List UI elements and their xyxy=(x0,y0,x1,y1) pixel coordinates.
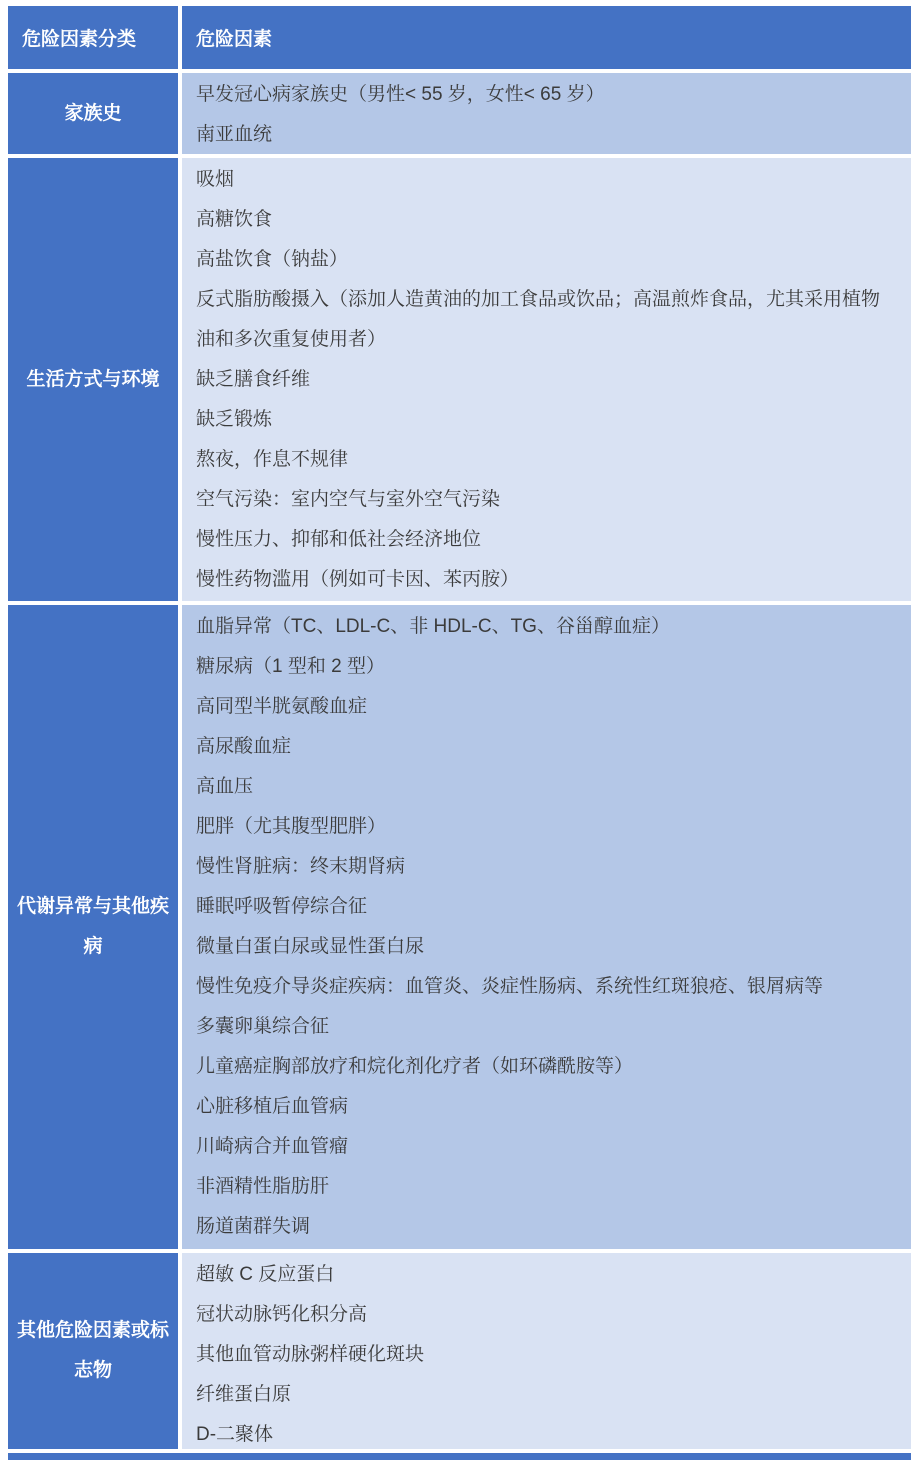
header-cell-factor: 危险因素 xyxy=(182,6,911,69)
risk-factor-item: 多囊卵巢综合征 xyxy=(196,1007,897,1047)
table-bottom-strip xyxy=(8,1453,911,1460)
risk-factor-item: 慢性肾脏病：终末期肾病 xyxy=(196,847,897,887)
risk-factor-item: 高尿酸血症 xyxy=(196,727,897,767)
risk-factor-item: 非酒精性脂肪肝 xyxy=(196,1167,897,1207)
category-cell-other-markers: 其他危险因素或标志物 xyxy=(8,1253,178,1449)
category-cell-family-history: 家族史 xyxy=(8,73,178,154)
risk-factor-item: 其他血管动脉粥样硬化斑块 xyxy=(196,1335,897,1375)
risk-factor-item: 超敏 C 反应蛋白 xyxy=(196,1255,897,1295)
risk-factor-item: 血脂异常（TC、LDL-C、非 HDL-C、TG、谷甾醇血症） xyxy=(196,607,897,647)
risk-factor-item: D-二聚体 xyxy=(196,1415,897,1449)
risk-factor-item: 肥胖（尤其腹型肥胖） xyxy=(196,807,897,847)
risk-factor-item: 糖尿病（1 型和 2 型） xyxy=(196,647,897,687)
risk-factor-table: 危险因素分类 危险因素 家族史 早发冠心病家族史（男性< 55 岁，女性< 65… xyxy=(8,6,911,1460)
risk-factor-item: 早发冠心病家族史（男性< 55 岁，女性< 65 岁） xyxy=(196,75,897,115)
risk-factor-item: 南亚血统 xyxy=(196,115,897,154)
risk-factor-item: 反式脂肪酸摄入（添加人造黄油的加工食品或饮品；高温煎炸食品，尤其采用植物油和多次… xyxy=(196,280,897,360)
risk-factor-item: 高糖饮食 xyxy=(196,200,897,240)
risk-factor-item: 缺乏膳食纤维 xyxy=(196,360,897,400)
risk-factor-item: 空气污染：室内空气与室外空气污染 xyxy=(196,480,897,520)
risk-factor-item: 慢性压力、抑郁和低社会经济地位 xyxy=(196,520,897,560)
risk-factor-item: 纤维蛋白原 xyxy=(196,1375,897,1415)
risk-factor-item: 慢性药物滥用（例如可卡因、苯丙胺） xyxy=(196,560,897,600)
risk-items-cell-metabolic-diseases: 血脂异常（TC、LDL-C、非 HDL-C、TG、谷甾醇血症）糖尿病（1 型和 … xyxy=(182,605,911,1249)
risk-factor-item: 川崎病合并血管瘤 xyxy=(196,1127,897,1167)
risk-factor-item: 熬夜，作息不规律 xyxy=(196,440,897,480)
risk-factor-item: 慢性免疫介导炎症疾病：血管炎、炎症性肠病、系统性红斑狼疮、银屑病等 xyxy=(196,967,897,1007)
risk-factor-item: 儿童癌症胸部放疗和烷化剂化疗者（如环磷酰胺等） xyxy=(196,1047,897,1087)
risk-items-cell-other-markers: 超敏 C 反应蛋白冠状动脉钙化积分高其他血管动脉粥样硬化斑块纤维蛋白原D-二聚体 xyxy=(182,1253,911,1449)
risk-factor-item: 微量白蛋白尿或显性蛋白尿 xyxy=(196,927,897,967)
risk-factor-item: 心脏移植后血管病 xyxy=(196,1087,897,1127)
risk-factor-item: 高盐饮食（钠盐） xyxy=(196,240,897,280)
category-cell-lifestyle-environment: 生活方式与环境 xyxy=(8,158,178,601)
risk-items-cell-family-history: 早发冠心病家族史（男性< 55 岁，女性< 65 岁）南亚血统 xyxy=(182,73,911,154)
risk-factor-item: 睡眠呼吸暂停综合征 xyxy=(196,887,897,927)
page: 危险因素分类 危险因素 家族史 早发冠心病家族史（男性< 55 岁，女性< 65… xyxy=(0,0,919,1460)
risk-factor-item: 肠道菌群失调 xyxy=(196,1207,897,1247)
risk-factor-item: 缺乏锻炼 xyxy=(196,400,897,440)
risk-items-cell-lifestyle-environment: 吸烟高糖饮食高盐饮食（钠盐）反式脂肪酸摄入（添加人造黄油的加工食品或饮品；高温煎… xyxy=(182,158,911,601)
risk-factor-item: 冠状动脉钙化积分高 xyxy=(196,1295,897,1335)
risk-factor-item: 高血压 xyxy=(196,767,897,807)
category-cell-metabolic-diseases: 代谢异常与其他疾病 xyxy=(8,605,178,1249)
risk-factor-item: 高同型半胱氨酸血症 xyxy=(196,687,897,727)
header-cell-category: 危险因素分类 xyxy=(8,6,178,69)
risk-factor-item: 吸烟 xyxy=(196,160,897,200)
